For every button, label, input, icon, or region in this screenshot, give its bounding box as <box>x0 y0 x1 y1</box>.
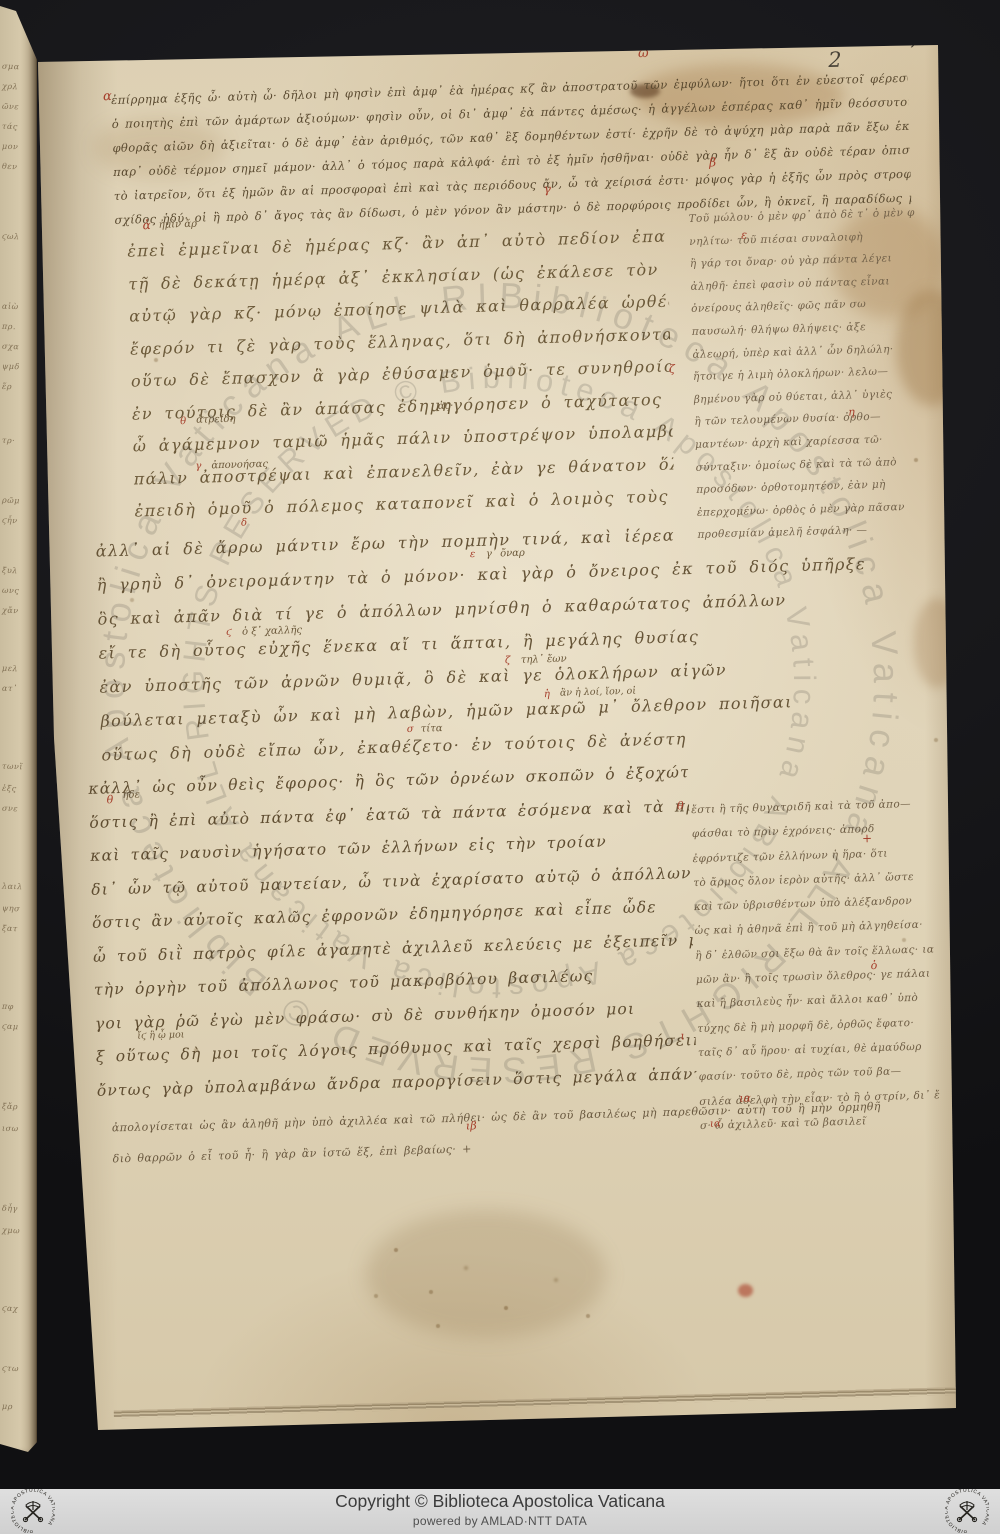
prev-page-text-fragment: τωνἴ <box>2 762 23 772</box>
copyright-text: Copyright © Biblioteca Apostolica Vatica… <box>0 1493 1000 1511</box>
rubric-mark: ἡ <box>544 690 550 700</box>
manuscript-page: 2 ∕ ἐπίρρημα ἑξῆς ὦ· αὐτὴ ὦ· δῆλοι μὴ φη… <box>34 38 962 1442</box>
prev-page-text-fragment: σνε <box>2 804 18 814</box>
rubric-mark: + <box>862 832 872 844</box>
prev-page-text-fragment: ϛαχ <box>2 1304 19 1314</box>
prev-page-text-fragment: ξυλ <box>2 566 18 576</box>
rubric-mark: β <box>709 156 716 168</box>
prev-page-text-fragment: πρ. <box>2 322 16 331</box>
rubric-mark: τίτα <box>421 724 443 735</box>
rubric-mark: θ <box>180 417 186 427</box>
prev-page-text-fragment: ἕρ <box>2 382 12 391</box>
rubric-mark: α <box>103 90 112 103</box>
rubric-mark: γ <box>544 183 552 195</box>
prev-page-text-fragment: ϛαμ <box>2 1022 19 1032</box>
prev-page-text-fragment: σχα <box>2 342 20 352</box>
prev-page-text-fragment: σμα <box>2 62 20 72</box>
rubric-mark: ἀπονοήσας <box>211 460 268 472</box>
prev-page-text-fragment: πφ <box>2 1002 14 1011</box>
rubric-mark: ἁ <box>142 219 150 231</box>
rubric-mark: ια <box>710 1119 721 1129</box>
rubric-mark: ια <box>739 1093 751 1104</box>
rubric-marks-layer: αὣβγἁἠμὶν ἄρεζηἀς·θἀτρείδηγἀπονοήσαςδεγ᾽… <box>40 38 962 1442</box>
prev-page-text-fragment: ῶνε <box>2 102 19 112</box>
prev-page-text-fragment: ωνς <box>2 586 20 596</box>
vatican-library-seal-icon: BIBLIOTECA APOSTOLICA VATICANA <box>11 1489 55 1533</box>
prev-page-text-fragment: χἄν <box>2 606 19 616</box>
rubric-mark: ἴϛ ἢ ᾧ μοι <box>137 1030 184 1041</box>
rubric-mark: ὁ ξ᾽ χαλλῆς <box>242 626 302 638</box>
rubric-mark: γ᾽ ὄναρ <box>486 549 525 560</box>
rubric-mark: σ <box>407 725 414 735</box>
prev-page-text-fragment: ϛἦν <box>2 516 18 526</box>
svg-text:BIBLIOTECA APOSTOLICA VATICANA: BIBLIOTECA APOSTOLICA VATICANA <box>11 1489 55 1533</box>
rubric-mark: ἥδε <box>122 790 140 800</box>
rubric-mark: ε <box>741 229 747 240</box>
rubric-mark: θ <box>107 794 114 805</box>
prev-page-text-fragment: μρ <box>2 1402 13 1411</box>
prev-page-text-fragment: ισω <box>2 1124 19 1134</box>
svg-text:BIBLIOTECA APOSTOLICA VATICANA: BIBLIOTECA APOSTOLICA VATICANA <box>945 1489 989 1533</box>
rubric-mark: ιβ <box>466 1120 477 1131</box>
prev-page-text-fragment: ξατ <box>2 924 18 934</box>
prev-page-text-fragment: δἦγ <box>2 1204 18 1214</box>
prev-page-text-fragment: ψησ <box>2 904 20 914</box>
prev-page-text-fragment: ατ᾽ <box>2 684 18 694</box>
footer-bar: Copyright © Biblioteca Apostolica Vatica… <box>0 1489 1000 1534</box>
rubric-mark: ζ <box>505 656 511 666</box>
prev-page-text-fragment: αἰὼ <box>2 302 19 312</box>
rubric-mark: ἀς· <box>438 402 454 412</box>
ink-layer: 2 ∕ ἐπίρρημα ἑξῆς ὦ· αὐτὴ ὦ· δῆλοι μὴ φη… <box>40 38 962 1442</box>
powered-by-text: powered by AMLAD·NTT DATA <box>0 1515 1000 1527</box>
rubric-mark: γ <box>195 462 201 472</box>
prev-page-text-fragment: λαιλ <box>2 882 23 892</box>
prev-page-text-fragment: ψμδ <box>2 362 20 372</box>
rubric-mark: η <box>848 406 855 417</box>
rubric-mark: ζ <box>669 363 675 374</box>
prev-page-text-fragment: χρλ <box>2 82 18 92</box>
foxing-speckles <box>34 38 38 42</box>
prev-page-text-fragment: τρ· <box>2 436 15 445</box>
rubric-mark: θ <box>677 800 684 811</box>
prev-page-text-fragment: τάς <box>2 122 18 132</box>
rubric-mark: ι <box>680 1030 685 1041</box>
rubric-mark: ἂν ἡ λοί, ἴον, οἱ <box>560 687 636 699</box>
rubric-mark: ὣ <box>638 47 649 60</box>
prev-page-text-fragment: ξἄρ <box>2 1102 18 1112</box>
rubric-mark: ϛ <box>226 628 232 638</box>
prev-page-text-fragment: χμω <box>2 1226 20 1236</box>
prev-page-text-fragment: ϛωλ <box>2 232 20 242</box>
rubric-mark: ὁ <box>870 960 877 971</box>
rubric-mark: ε <box>470 550 476 560</box>
prev-page-text-fragment: ρῶμ <box>2 496 20 506</box>
prev-page-text-fragment: θεν <box>2 162 18 172</box>
rubric-mark: ἀτρείδη <box>196 415 236 426</box>
rubric-mark: δ <box>241 518 247 528</box>
rubric-mark: ἠμὶν ἄρ <box>159 220 198 231</box>
scan-viewport: σμαχρλῶνετάςμονθενϛωλαἰὼπρ.σχαψμδἕρτρ·ρῶ… <box>0 0 1000 1534</box>
vatican-library-seal-icon: BIBLIOTECA APOSTOLICA VATICANA <box>945 1489 989 1533</box>
prev-page-text-fragment: ϛτω <box>2 1364 19 1374</box>
previous-page-edge: σμαχρλῶνετάςμονθενϛωλαἰὼπρ.σχαψμδἕρτρ·ρῶ… <box>0 4 37 1452</box>
prev-page-text-fragment: μον <box>2 142 19 152</box>
prev-page-text-fragment: ἑξς <box>2 784 17 794</box>
prev-page-text-fragment: μελ <box>2 664 18 674</box>
rubric-mark: τηλ᾽ ἔων <box>521 655 567 666</box>
